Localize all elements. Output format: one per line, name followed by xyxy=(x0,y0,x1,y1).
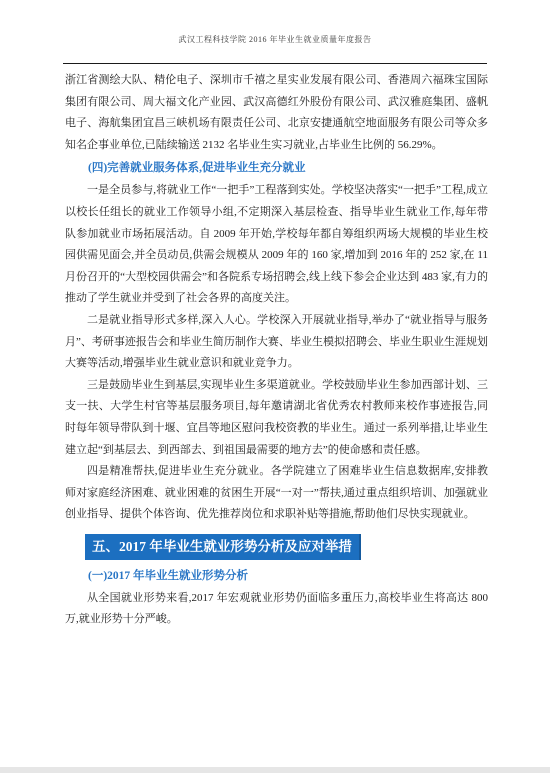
section-5-paragraph: 从全国就业形势来看,2017 年宏观就业形势仍面临多重压力,高校毕业生将高达 8… xyxy=(65,588,488,631)
continuation-paragraph: 浙江省测绘大队、精伦电子、深圳市千禧之星实业发展有限公司、香港周六福珠宝国际集团… xyxy=(65,70,488,156)
page-bottom-edge xyxy=(0,767,550,773)
paragraph-measure-2: 二是就业指导形式多样,深入人心。学校深入开展就业指导,举办了“就业指导与服务月”… xyxy=(65,310,488,375)
running-header: 武汉工程科技学院 2016 年毕业生就业质量年度报告 xyxy=(0,34,550,45)
header-rule xyxy=(63,63,487,64)
subsection-4-heading: (四)完善就业服务体系,促进毕业生充分就业 xyxy=(65,156,488,180)
paragraph-measure-4: 四是精准帮扶,促进毕业生充分就业。各学院建立了困难毕业生信息数据库,安排教师对家… xyxy=(65,461,488,526)
paragraph-measure-1: 一是全员参与,将就业工作“一把手”工程落到实处。学校坚决落实“一把手”工程,成立… xyxy=(65,180,488,310)
subsection-1-heading: (一)2017 年毕业生就业形势分析 xyxy=(65,564,488,588)
paragraph-measure-3: 三是鼓励毕业生到基层,实现毕业生多渠道就业。学校鼓励毕业生参加西部计划、三支一扶… xyxy=(65,375,488,461)
section-5-heading-banner: 五、2017 年毕业生就业形势分析及应对举措 xyxy=(85,534,361,560)
document-page: 武汉工程科技学院 2016 年毕业生就业质量年度报告 浙江省测绘大队、精伦电子、… xyxy=(0,0,550,773)
page-body: 浙江省测绘大队、精伦电子、深圳市千禧之星实业发展有限公司、香港周六福珠宝国际集团… xyxy=(65,70,488,631)
section-5-heading-row: 五、2017 年毕业生就业形势分析及应对举措 xyxy=(65,526,488,564)
